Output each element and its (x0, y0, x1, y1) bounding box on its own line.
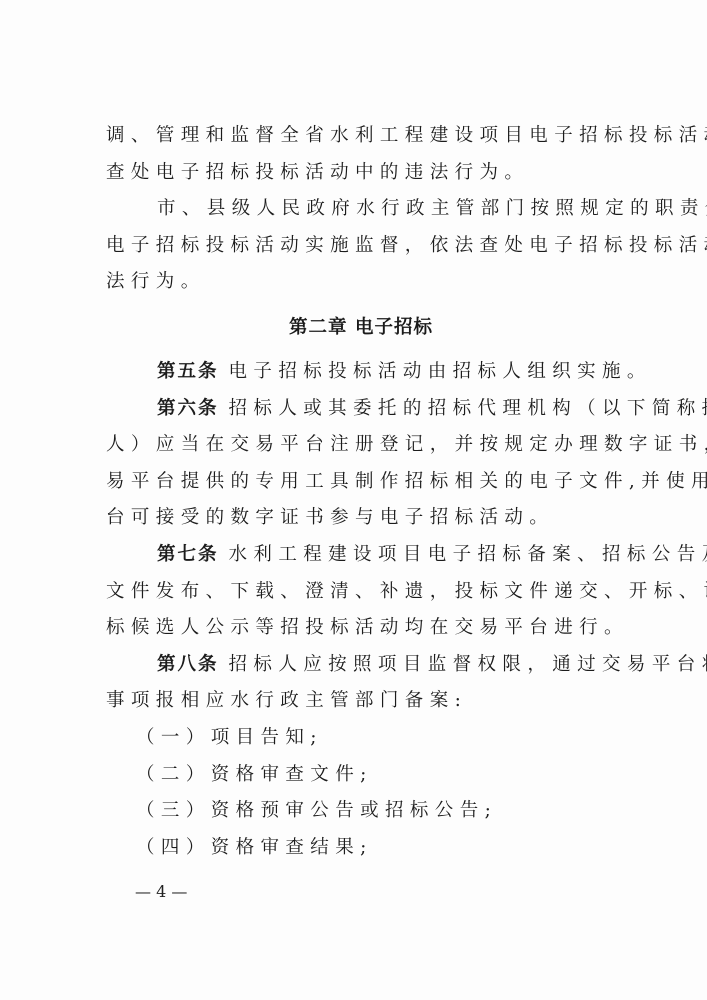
list-item: （三）资格预审公告或招标公告; (106, 793, 616, 830)
paragraph-line: 标候选人公示等招投标活动均在交易平台进行。 (106, 610, 616, 647)
paragraph-line: 调、管理和监督全省水利工程建设项目电子招标投标活动，依法 (106, 118, 616, 155)
paragraph-line: 市、县级人民政府水行政主管部门按照规定的职责分工，对 (106, 191, 616, 228)
article-text: 招标人应按照项目监督权限，通过交易平台将以下 (229, 654, 707, 675)
chapter-heading: 第二章 电子招标 (106, 301, 616, 354)
article-label: 第八条 (157, 654, 219, 675)
paragraph-line: 台可接受的数字证书参与电子招标活动。 (106, 500, 616, 537)
article-text: 电子招标投标活动由招标人组织实施。 (229, 361, 652, 382)
article-8: 第八条招标人应按照项目监督权限，通过交易平台将以下 (106, 647, 616, 684)
paragraph-line: 人）应当在交易平台注册登记，并按规定办理数字证书，使用交 (106, 427, 616, 464)
article-label: 第七条 (157, 544, 219, 565)
article-7: 第七条水利工程建设项目电子招标备案、招标公告及招标 (106, 537, 616, 574)
paragraph-line: 查处电子招标投标活动中的违法行为。 (106, 155, 616, 192)
list-item: （四）资格审查结果; (106, 830, 616, 867)
article-5: 第五条电子招标投标活动由招标人组织实施。 (106, 354, 616, 391)
paragraph-line: 事项报相应水行政主管部门备案: (106, 683, 616, 720)
document-page: 调、管理和监督全省水利工程建设项目电子招标投标活动，依法 查处电子招标投标活动中… (0, 0, 707, 1000)
list-item: （一）项目告知; (106, 720, 616, 757)
article-6: 第六条招标人或其委托的招标代理机构（以下简称招标 (106, 391, 616, 428)
paragraph-line: 文件发布、下载、澄清、补遗，投标文件递交、开标、评标，中 (106, 574, 616, 611)
paragraph-line: 法行为。 (106, 264, 616, 301)
page-number: — 4 — (135, 880, 187, 904)
article-text: 水利工程建设项目电子招标备案、招标公告及招标 (229, 544, 707, 565)
paragraph-line: 电子招标投标活动实施监督，依法查处电子招标投标活动中的违 (106, 228, 616, 265)
article-label: 第六条 (157, 398, 219, 419)
article-label: 第五条 (157, 361, 219, 382)
body-text: 调、管理和监督全省水利工程建设项目电子招标投标活动，依法 查处电子招标投标活动中… (106, 118, 616, 866)
article-text: 招标人或其委托的招标代理机构（以下简称招标 (229, 398, 707, 419)
paragraph-line: 易平台提供的专用工具制作招标相关的电子文件,并使用交易平 (106, 464, 616, 501)
list-item: （二）资格审查文件; (106, 757, 616, 794)
